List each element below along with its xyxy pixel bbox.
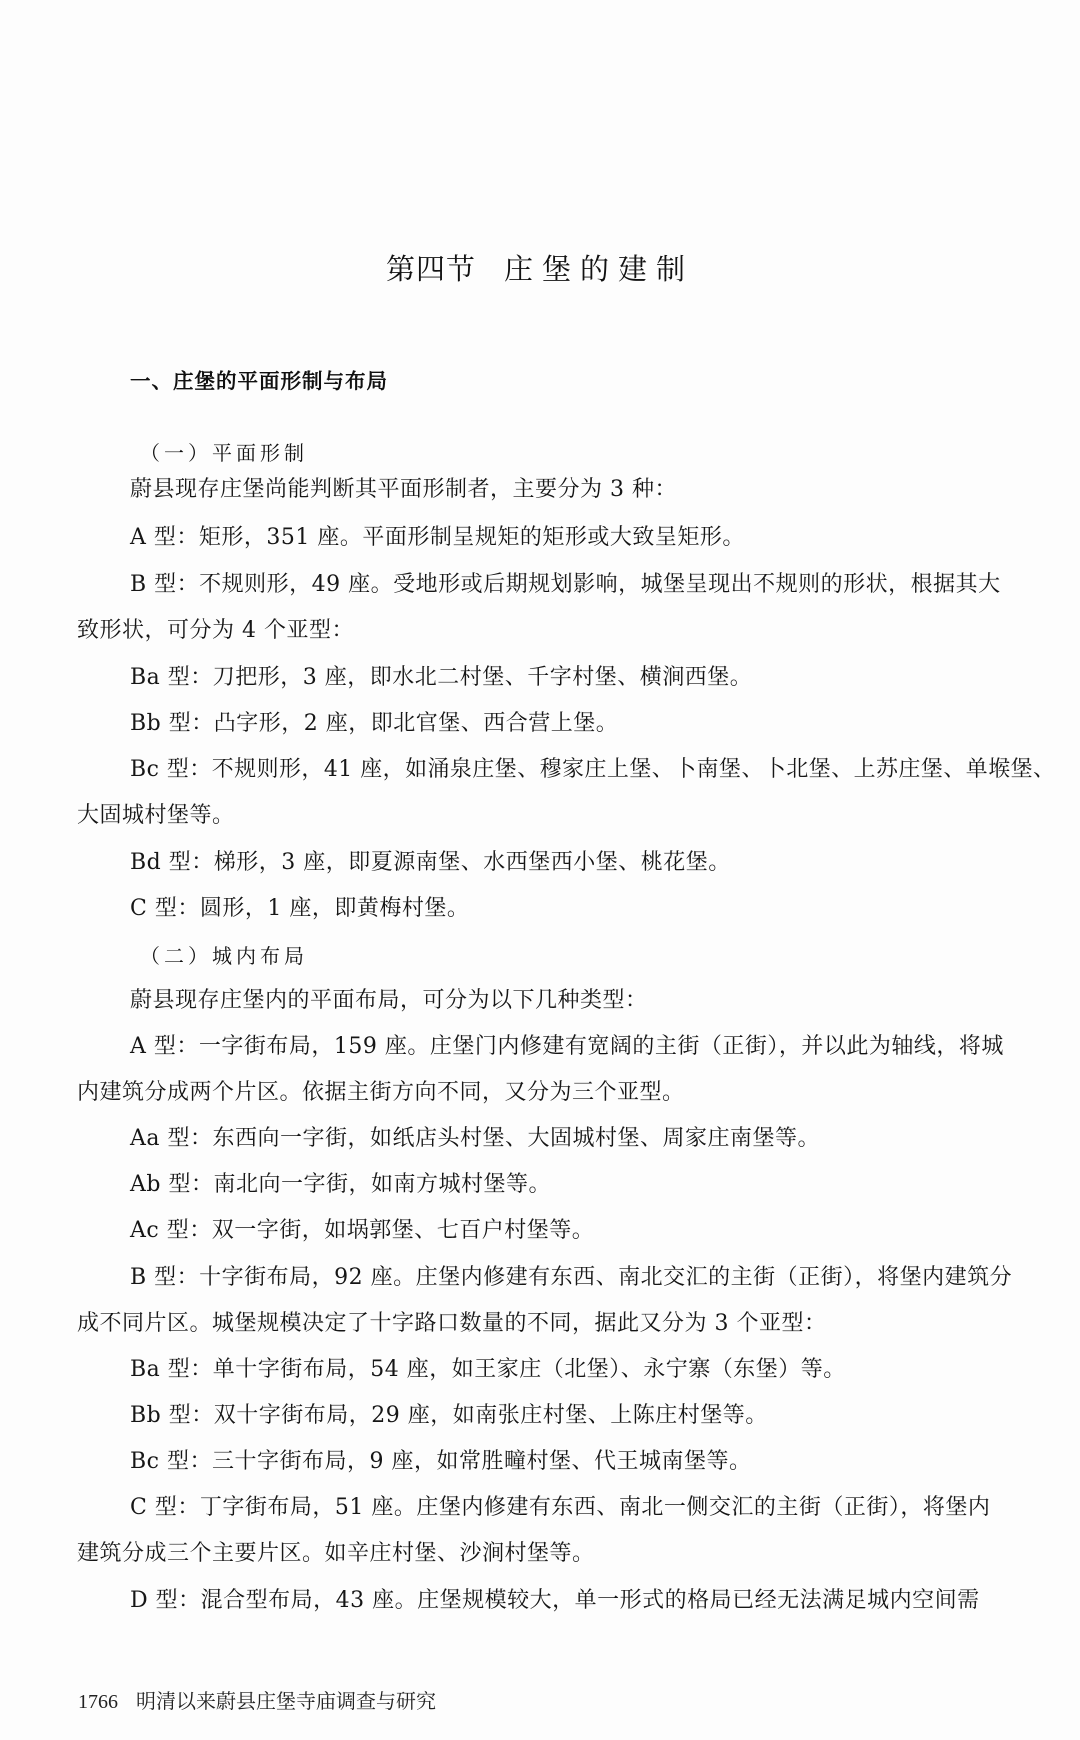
page-footer: 1766明清以来蔚县庄堡寺庙调查与研究 — [78, 1685, 436, 1714]
section-number: 第四节 — [386, 252, 476, 286]
paragraph-line: 成不同片区。城堡规模决定了十字路口数量的不同，据此又分为 3 个亚型： — [77, 1306, 827, 1337]
subsection-heading-plan-form: （一）平面形制 — [140, 437, 308, 466]
page-number: 1766 — [78, 1691, 118, 1713]
paragraph-line: Bb 型：凸字形，2 座，即北官堡、西合营上堡。 — [130, 706, 618, 737]
paragraph-line: Aa 型：东西向一字街，如纸店头村堡、大固城村堡、周家庄南堡等。 — [130, 1121, 820, 1152]
section-title-text: 庄堡的建制 — [504, 252, 694, 286]
paragraph-line: B 型：十字街布局，92 座。庄堡内修建有东西、南北交汇的主街（正街），将堡内建… — [130, 1260, 1012, 1291]
paragraph-line: Bc 型：不规则形，41 座，如涌泉庄堡、穆家庄上堡、卜南堡、卜北堡、上苏庄堡、… — [130, 752, 1055, 783]
paragraph-line: D 型：混合型布局，43 座。庄堡规模较大，单一形式的格局已经无法满足城内空间需 — [130, 1583, 980, 1614]
paragraph-line: Bd 型：梯形，3 座，即夏源南堡、水西堡西小堡、桃花堡。 — [130, 845, 731, 876]
paragraph-line: 建筑分成三个主要片区。如辛庄村堡、沙涧村堡等。 — [77, 1536, 595, 1567]
heading-level-1: 一、庄堡的平面形制与布局 — [130, 364, 388, 394]
paragraph-line: 蔚县现存庄堡尚能判断其平面形制者，主要分为 3 种： — [130, 472, 677, 503]
section-title: 第四节庄堡的建制 — [0, 247, 1080, 288]
paragraph-line: Bc 型：三十字街布局，9 座，如常胜疃村堡、代王城南堡等。 — [130, 1444, 751, 1475]
subsection-heading-inner-layout: （二）城内布局 — [140, 940, 308, 969]
book-page: 第四节庄堡的建制 一、庄堡的平面形制与布局 （一）平面形制 蔚县现存庄堡尚能判断… — [0, 0, 1080, 1740]
paragraph-line: 大固城村堡等。 — [77, 798, 235, 829]
running-title: 明清以来蔚县庄堡寺庙调查与研究 — [136, 1689, 436, 1713]
paragraph-line: Ba 型：刀把形，3 座，即水北二村堡、千字村堡、横涧西堡。 — [130, 660, 752, 691]
paragraph-line: 致形状，可分为 4 个亚型： — [77, 613, 354, 644]
paragraph-line: Bb 型：双十字街布局，29 座，如南张庄村堡、上陈庄村堡等。 — [130, 1398, 768, 1429]
paragraph-line: 内建筑分成两个片区。依据主街方向不同，又分为三个亚型。 — [77, 1075, 685, 1106]
paragraph-line: A 型：一字街布局，159 座。庄堡门内修建有宽阔的主街（正街），并以此为轴线，… — [130, 1029, 1004, 1060]
paragraph-line: Ba 型：单十字街布局，54 座，如王家庄（北堡）、永宁寨（东堡）等。 — [130, 1352, 846, 1383]
paragraph-line: C 型：圆形，1 座，即黄梅村堡。 — [130, 891, 469, 922]
paragraph-line: 蔚县现存庄堡内的平面布局，可分为以下几种类型： — [130, 983, 648, 1014]
paragraph-line: C 型：丁字街布局，51 座。庄堡内修建有东西、南北一侧交汇的主街（正街），将堡… — [130, 1490, 990, 1521]
paragraph-line: B 型：不规则形，49 座。受地形或后期规划影响，城堡呈现出不规则的形状，根据其… — [130, 567, 1001, 598]
paragraph-line: A 型：矩形，351 座。平面形制呈规矩的矩形或大致呈矩形。 — [130, 520, 745, 551]
paragraph-line: Ac 型：双一字街，如埚郭堡、七百户村堡等。 — [130, 1213, 594, 1244]
paragraph-line: Ab 型：南北向一字街，如南方城村堡等。 — [130, 1167, 551, 1198]
